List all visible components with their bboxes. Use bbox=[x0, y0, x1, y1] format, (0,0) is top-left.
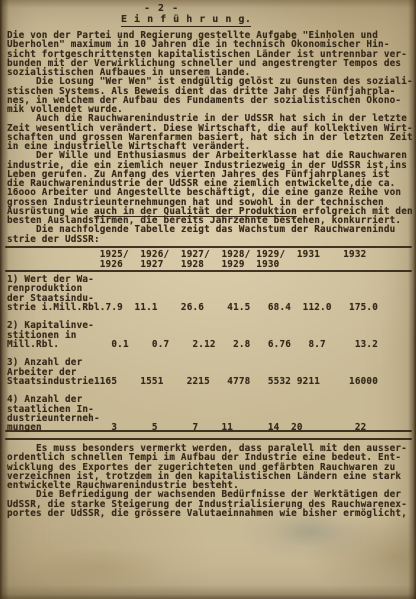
table-top-rule bbox=[5, 246, 412, 248]
table-header: 1925/ 1926/ 1927/ 1928/ 1929/ 1931 1932 … bbox=[7, 250, 366, 270]
table-row-line: Staatsindustrie1165 1551 2215 4778 5532 … bbox=[7, 377, 378, 386]
document-title: E i n f ü h r u n g. bbox=[121, 14, 251, 27]
text-line: strie der UdSSR: bbox=[7, 235, 413, 244]
table-row-line: strie i.Mill.Rbl.7.9 11.1 26.6 41.5 68.4… bbox=[7, 303, 378, 312]
table-row-line: Mill.Rbl. 0.1 0.7 2.12 2.8 6.76 8.7 13.2 bbox=[7, 340, 378, 349]
table-bottom-rule bbox=[5, 430, 412, 432]
table-closing-rule bbox=[5, 438, 412, 440]
scanned-document-page: - 2 - E i n f ü h r u n g. Die von der P… bbox=[0, 0, 416, 599]
table-body: 1) Wert der Wa- renproduktion der Staats… bbox=[7, 275, 378, 432]
table-header-rule bbox=[5, 270, 412, 272]
table-header-years-line: 1926 1927 1928 1929 1930 bbox=[7, 260, 366, 270]
text-line: portes der UdSSR, die grössere Valutaein… bbox=[7, 509, 407, 518]
closing-paragraphs: Es muss besonders vermerkt werden, dass … bbox=[7, 444, 407, 518]
intro-paragraphs: Die von der Partei und Regierung gestell… bbox=[7, 31, 413, 244]
page-number: - 2 - bbox=[144, 3, 179, 14]
